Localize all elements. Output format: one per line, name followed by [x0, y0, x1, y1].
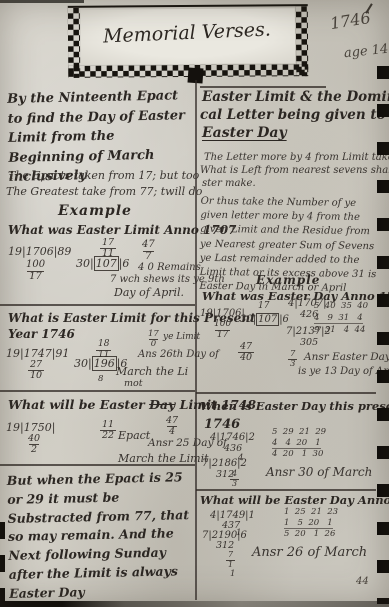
- answer-line: mot: [124, 379, 143, 389]
- scratch-grid-row: 5 29 21 29: [272, 428, 326, 437]
- right-verse-line: What is Left from nearest sevens shall E…: [200, 165, 389, 176]
- division-pre: 30|: [240, 314, 256, 325]
- division-boxed: 196: [92, 356, 117, 371]
- fraction-numerator: 4: [232, 470, 237, 479]
- right-heading-line: Easter Limit & the Domini: [202, 90, 389, 105]
- right-heading-line: cal Letter being given to find: [200, 108, 389, 123]
- question-1746-day: When is Easter Day this present year: [200, 400, 389, 413]
- fraction-stack: 27 10: [28, 360, 44, 382]
- fraction-numerator: 7: [228, 551, 233, 560]
- scratch-grid-row: 4 20 1 30: [272, 450, 323, 459]
- fraction-stack: 17 0: [148, 330, 159, 349]
- scratch-grid-row: 4 9 31 4: [314, 314, 363, 324]
- fraction-stack: 100 17: [214, 320, 231, 340]
- fraction-numerator: 40: [28, 434, 40, 444]
- division-boxed: 107: [94, 256, 119, 271]
- example-label: Example: [256, 274, 320, 287]
- answer-line: Ansr 26 of March: [252, 546, 367, 560]
- section-rule: [196, 489, 376, 491]
- remainder-note: 4 0 Remains: [138, 262, 201, 273]
- question-1746-year: 1746: [204, 418, 240, 432]
- fraction-numerator: 27: [30, 360, 42, 370]
- fraction-denominator: 17: [215, 330, 230, 341]
- limit-note: ye Limit: [163, 333, 200, 343]
- manuscript-page: Memorial Verses. 1746 age 14 By the Nint…: [0, 0, 389, 607]
- fraction-stack: 7 1: [226, 551, 235, 569]
- result-note: Day of April.: [114, 287, 184, 299]
- answer-line: March the Li: [116, 366, 188, 378]
- right-verse-line: ster make.: [202, 178, 256, 189]
- answer-line: March the Limit: [118, 453, 209, 465]
- fraction-denominator: 7: [143, 251, 153, 263]
- fraction-stack: 100 17: [26, 260, 45, 283]
- fraction-numerator: 100: [26, 260, 45, 271]
- fraction-numerator: 11: [102, 420, 114, 430]
- fraction-stack: 11 22: [100, 420, 116, 442]
- scratch-number: 305: [300, 338, 318, 348]
- section-rule: [196, 392, 376, 394]
- fraction-numerator: 17: [148, 330, 159, 339]
- fraction-denominator: 10: [28, 370, 44, 381]
- struck-word: Day: [149, 397, 175, 412]
- division-token: 30|107|6: [240, 314, 289, 325]
- question-text: What will be Easter: [8, 397, 149, 412]
- division-pre: 30|: [76, 257, 94, 270]
- fraction-stack: 47 4: [166, 416, 178, 438]
- scratch-digit: 17: [258, 302, 269, 312]
- fraction-numerator: 17: [102, 238, 114, 248]
- epact-label: Epact: [118, 430, 150, 442]
- fraction-stack: 4 3: [230, 470, 239, 488]
- fraction-denominator: 17: [27, 271, 44, 283]
- fraction-numerator: 47: [166, 416, 178, 426]
- division-post: |6: [119, 257, 130, 270]
- division-token: 30|107|6: [76, 258, 129, 270]
- fraction-stack: 40 2: [28, 434, 40, 456]
- fraction-stack: 47 40: [238, 342, 254, 364]
- division-boxed: 107: [256, 313, 279, 326]
- scratch-grid-row: 9 31 4 44: [314, 326, 365, 335]
- answer-line: Ansr 30 of March: [266, 466, 372, 479]
- scratch-grid-row: 5 40 35 40: [314, 302, 368, 311]
- page-edge-shadow-bottom: [0, 601, 389, 607]
- section-rule: [0, 304, 195, 306]
- answer-line: is ye 13 Day of Apr.: [298, 366, 389, 377]
- division-pre: 30|: [74, 357, 92, 370]
- scratch-digit: 8: [98, 375, 103, 384]
- answer-line: Ans 26th Day of: [138, 349, 219, 360]
- heading-rule: [200, 86, 326, 88]
- division-token: 7|2186|2: [202, 458, 247, 469]
- left-verse-line: The Greatest take from 77; twill do: [6, 186, 202, 198]
- division-post: |6: [279, 314, 289, 325]
- fraction-numerator: 47: [142, 240, 155, 251]
- fraction-numerator: 18: [98, 340, 109, 350]
- fraction-denominator: 40: [238, 352, 254, 363]
- fraction-denominator: 3: [230, 479, 239, 489]
- scratch-grid-row: 4 4 20 1: [272, 439, 321, 449]
- scratch-grid-row: 1 5 20 1: [284, 519, 333, 529]
- page-edge-marks-left: [0, 522, 5, 607]
- fraction-denominator: 1: [226, 560, 235, 570]
- question-1746-limit-cont: Year 1746: [8, 328, 75, 341]
- division-token: 19|1706|89: [8, 246, 71, 258]
- fraction-denominator: 3: [288, 359, 297, 369]
- section-rule: [0, 390, 195, 392]
- left-outro-paragraph: But when the Epact is 25 or 29 it must b…: [7, 468, 194, 603]
- fraction-stack: 7 3: [288, 350, 297, 369]
- right-verse-line: The Letter more by 4 from Limit take: [204, 152, 389, 163]
- fraction-denominator: 4: [167, 426, 177, 437]
- age-annotation: age 14: [343, 43, 389, 62]
- division-token: 19|1706|: [200, 308, 245, 319]
- right-heading-line: Easter Day: [202, 126, 287, 141]
- division-token: 4|1746|2: [210, 432, 255, 443]
- fraction-numerator: 100: [214, 320, 231, 330]
- fraction-denominator: 2: [29, 444, 39, 455]
- question-1748-day: What will be Easter Day Anno 1748: [200, 494, 389, 507]
- page-edge-marks-right: [377, 66, 389, 604]
- fraction-numerator: 7: [290, 350, 295, 359]
- page-number: 44: [356, 576, 369, 587]
- scratch-digit: 1: [230, 570, 235, 579]
- fraction-numerator: 47: [240, 342, 252, 352]
- fraction-denominator: 0: [149, 339, 158, 349]
- scratch-grid-row: 5 20 1 26: [284, 530, 335, 539]
- left-verse-line: The Epacts taken from 17; but too: [8, 170, 199, 182]
- fraction-stack: 47 7: [142, 240, 155, 263]
- scratch-grid-row: 1 25 21 23: [284, 508, 338, 517]
- example-label: Example: [58, 204, 132, 219]
- page-edge-shadow-top: [0, 0, 84, 3]
- fraction-denominator: 22: [100, 430, 116, 441]
